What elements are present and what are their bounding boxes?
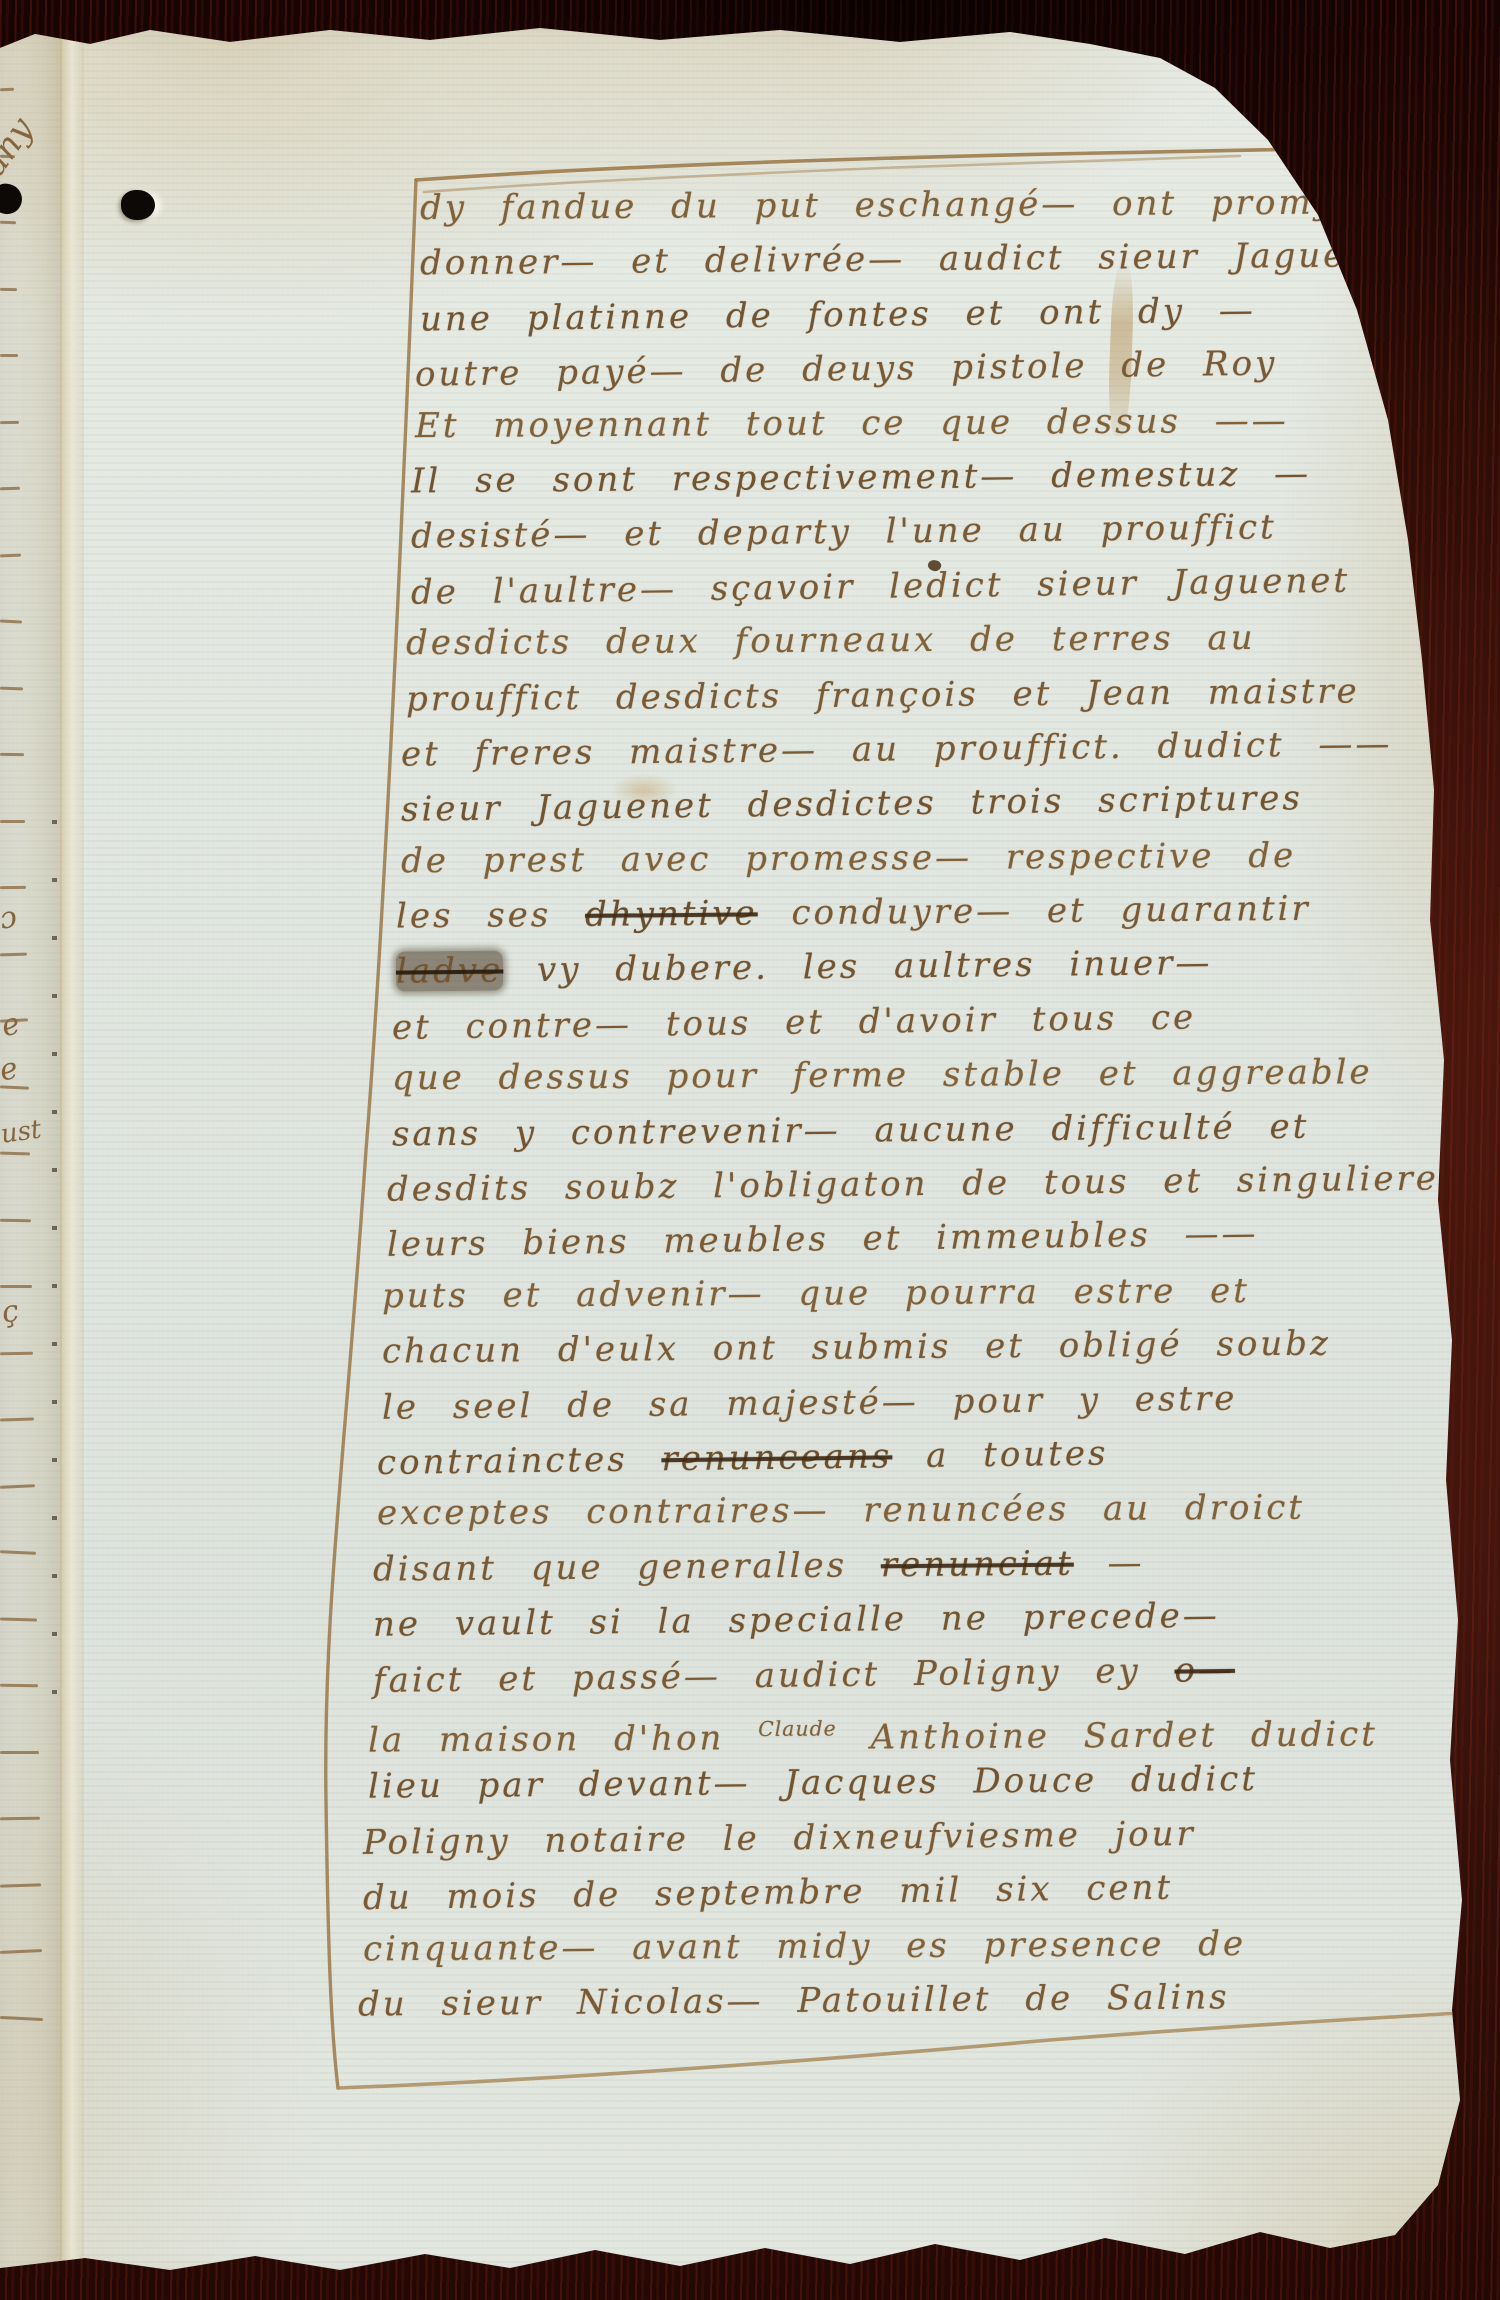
text-line: desdicts deux fourneaux de terres au [406, 612, 1459, 673]
text-line: exceptes contraires— renuncées au droict [377, 1482, 1458, 1543]
text-segment: et contre— tous et d'avoir tous ce [391, 997, 1196, 1047]
text-segment: contrainctes [377, 1439, 662, 1483]
text-line: que dessus pour ferme stable et aggreabl… [391, 1047, 1458, 1108]
text-segment: Il se sont respectivement— demestuz — [410, 454, 1310, 502]
text-segment: une platinne de fontes et ont dy — [420, 290, 1256, 339]
text-segment: de l'aultre— sçavoir ledict sieur Jaguen… [410, 560, 1350, 612]
text-segment: conduyre— et guarantir [758, 889, 1311, 934]
text-segment: le seel de sa majesté— pour y estre [382, 1378, 1238, 1427]
text-segment: dy fandue du put eschangé— ont promys [420, 182, 1357, 228]
text-line: du sieur Nicolas— Patouillet de Salins [358, 1970, 1458, 2034]
text-segment: chacun d'eulx ont submis et obligé soubz [382, 1324, 1331, 1372]
text-line: Et moyennant tout ce que dessus —— [415, 394, 1458, 455]
text-segment: — [1073, 1543, 1144, 1584]
text-segment: desdicts deux fourneaux de terres au [406, 618, 1256, 663]
text-line: puts et advenir— que pourra estre et [382, 1265, 1458, 1326]
text-segment: a toutes [892, 1434, 1109, 1477]
text-segment: outre payé— de deuys pistole de Roy [415, 344, 1278, 395]
text-segment: donner— et delivrée— audict sieur Jaguen… [420, 235, 1411, 283]
text-segment: ne vault si la specialle ne precede— [372, 1596, 1219, 1645]
text-segment: de prest avec promesse— respective de [401, 835, 1296, 880]
text-segment: lieu par devant— Jacques Douce dudict [368, 1759, 1258, 1806]
text-segment: vy dubere. les aultres inuer— [503, 943, 1213, 991]
struck-text: renunciat [880, 1543, 1073, 1585]
text-segment: que dessus pour ferme stable et aggreabl… [391, 1053, 1372, 1099]
text-segment: faict et passé— audict Poligny ey [372, 1650, 1174, 1700]
text-line: la maison d'hon Claude Anthoine Sardet d… [368, 1700, 1459, 1761]
text-segment: cinquante— avant midy es presence de [363, 1923, 1246, 1968]
text-line: lieu par devant— Jacques Douce dudict [368, 1753, 1459, 1817]
manuscript-photograph: any ɔ e e ust ç dy fandue du put eschang… [0, 0, 1500, 2300]
text-line: prouffict desdicts françois et Jean mais… [406, 665, 1459, 728]
text-segment: et freres maistre— au prouffict. dudict … [401, 724, 1393, 775]
text-line: chacun d'eulx ont submis et obligé soubz [382, 1318, 1458, 1381]
text-segment: Et moyennant tout ce que dessus —— [415, 400, 1289, 445]
struck-text: renunceans [661, 1436, 892, 1479]
text-segment: puts et advenir— que pourra estre et [382, 1271, 1250, 1316]
text-segment: desdits soubz l'obligaton de tous et sin… [387, 1158, 1460, 1209]
text-line: cinquante— avant midy es presence de [363, 1917, 1458, 1978]
text-segment: leurs biens meubles et immeubles —— [387, 1214, 1259, 1265]
text-line: sans y contrevenir— aucune difficulté et [391, 1100, 1458, 1163]
struck-text: dhyntive [585, 893, 758, 934]
struck-text: ladve [396, 951, 504, 992]
text-segment: desisté— et departy l'une au prouffict [410, 508, 1276, 557]
interlinear-insertion: Claude [758, 1716, 837, 1740]
text-segment: sans y contrevenir— aucune difficulté et [392, 1106, 1310, 1154]
text-segment: disant que generalles [372, 1545, 880, 1589]
manuscript-page: any ɔ e e ust ç dy fandue du put eschang… [0, 0, 1500, 2300]
text-line: de prest avec promesse— respective de [401, 829, 1458, 890]
text-segment: Anthoine Sardet dudict [836, 1714, 1377, 1757]
text-segment: Poligny notaire le dixneufviesme jour [363, 1814, 1196, 1863]
text-segment: prouffict desdicts françois et Jean mais… [406, 671, 1360, 719]
manuscript-text: dy fandue du put eschangé— ont promysdon… [348, 180, 1458, 2029]
text-segment: sieur Jaguenet desdictes trois scripture… [401, 778, 1303, 830]
struck-text: o— [1174, 1649, 1235, 1690]
text-segment: du sieur Nicolas— Patouillet de Salins [358, 1977, 1230, 2024]
text-line: donner— et delivrée— audict sieur Jaguen… [420, 230, 1458, 293]
text-segment: la maison d'hon [368, 1718, 758, 1760]
text-segment: exceptes contraires— renuncées au droict [377, 1488, 1305, 1534]
text-segment: les ses [396, 895, 585, 937]
text-segment: du mois de septembre mil six cent [363, 1868, 1174, 1918]
